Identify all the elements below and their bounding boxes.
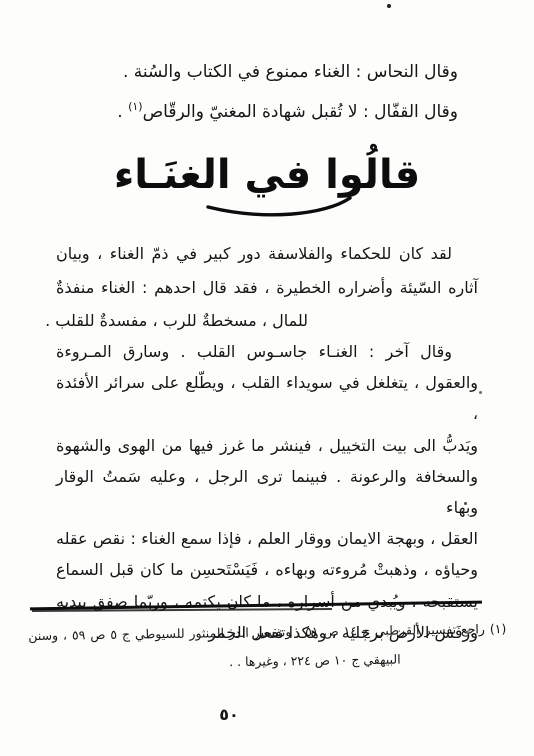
paragraph-sages: لقد كان للحكماء والفلاسفة دور كبير في ذم… bbox=[56, 237, 478, 338]
body-line: آثاره السّيئة وأضراره الخطيرة ، فقد قال … bbox=[56, 271, 478, 305]
body-line: لقد كان للحكماء والفلاسفة دور كبير في ذم… bbox=[56, 237, 478, 271]
body-line: والعقول ، يتغلغل في سويداء القلب ، ويطّل… bbox=[56, 367, 478, 429]
scan-speck bbox=[387, 4, 391, 8]
body-line: وحياؤه ، وذهبتْ مُروءته وبهاءه ، فَيَسْت… bbox=[56, 554, 478, 585]
scan-speck bbox=[479, 391, 482, 394]
chapter-title: قالُوا في الغنَـاء bbox=[0, 148, 534, 202]
quote-line-qaffal: وقال القفّال : لا تُقبل شهادة المغنيّ وا… bbox=[58, 92, 458, 132]
body-line: للمال ، مسخطةٌ للرب ، مفسدةٌ للقلب . bbox=[56, 304, 478, 338]
header-quotes: وقال النحاس : الغناء ممنوع في الكتاب وال… bbox=[58, 52, 458, 132]
body-line: العقل ، وبهجة الايمان ووقار العلم ، فإذا… bbox=[56, 523, 478, 554]
title-swash-ornament bbox=[203, 195, 355, 221]
book-page: وقال النحاس : الغناء ممنوع في الكتاب وال… bbox=[0, 0, 534, 756]
body-line: والسخافة والرعونة . فبينما ترى الرجل ، و… bbox=[56, 461, 478, 523]
footnote: (١) راجع تفسير القرطبي ج ١٤ ص ٥١ ، وتفسي… bbox=[28, 614, 507, 679]
quote-line-nahhas: وقال النحاس : الغناء ممنوع في الكتاب وال… bbox=[58, 52, 458, 92]
quote-text: وقال القفّال : لا تُقبل شهادة المغنيّ وا… bbox=[143, 102, 458, 122]
page-number: ٥٠ bbox=[200, 705, 258, 724]
body-line: وقال آخر : الغنـاء جاسـوس القلب . وسارق … bbox=[56, 336, 478, 367]
quote-tail: . bbox=[117, 102, 128, 122]
body-line: ويَدبُّ الى بيت التخييل ، فينشر ما غرز ف… bbox=[56, 430, 478, 461]
